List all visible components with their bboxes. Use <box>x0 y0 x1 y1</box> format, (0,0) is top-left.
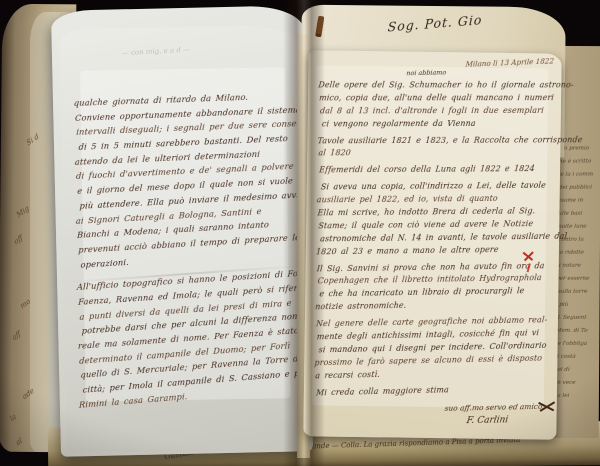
interlinear-insertion: noi abbiamo <box>406 68 446 77</box>
manuscript-line: dei pubblici <box>557 184 600 198</box>
left-page: — con mig. e a d — qualche giornata di r… <box>59 25 311 453</box>
manuscript-line: per esserne <box>555 276 600 289</box>
manuscript-line: l'esame in <box>554 197 600 210</box>
manuscript-line: de la i comm <box>556 171 600 185</box>
manuscript-line: in vece <box>555 380 600 393</box>
date-line: Milano li 13 Aprile 1822 <box>465 56 554 68</box>
manuscript-line: che è scritto <box>555 158 600 172</box>
manuscript-line: sulle basi <box>555 210 600 223</box>
manuscript-line: il o ridotte <box>553 250 600 263</box>
right-page-text-block: Delle opere del Sig. Schumacher io ho il… <box>314 80 554 404</box>
manuscript-line: a lei <box>556 393 600 406</box>
manuscript-line: mico, copia due, all'una delle quali man… <box>319 93 555 106</box>
manuscript-line: Delle opere del Sig. Schumacher io ho il… <box>318 80 555 93</box>
manuscript-line: 1820 al 23 e mano a mano le altre opere <box>315 244 552 260</box>
manuscript-line: Mem. di To <box>555 328 600 341</box>
manuscript-line: sulla torre <box>557 289 600 302</box>
valediction: suo aff.mo servo ed amico <box>445 402 544 413</box>
right-page: Milano li 13 Aprile 1822 noi abbiamo Del… <box>303 50 561 439</box>
manuscript-line: sol dì <box>554 367 600 380</box>
bleed-through-text: — con mig. e a d — <box>122 46 191 58</box>
manuscript-photo: Si d Mig off mo aff ade la al de lai dal… <box>0 0 600 466</box>
manuscript-line: di costà <box>552 354 600 367</box>
manuscript-line: di notare <box>554 263 600 276</box>
manuscript-line: e l'obbliga <box>556 341 600 354</box>
manuscript-line: N. Seguent <box>554 315 600 328</box>
manuscript-line: Effemeridi del corso della Luna agli 182… <box>319 164 554 178</box>
red-ink-mark <box>522 251 536 273</box>
signature: F. Carlini <box>466 415 509 426</box>
left-page-text-block: qualche giornata di ritardo da Milano.Co… <box>74 94 305 414</box>
manuscript-line: dal 8 al 13 incl. d'altronde i fogli in … <box>320 106 555 119</box>
manuscript-line: al 1820 <box>318 148 554 162</box>
manuscript-line: notizie astronomiche. <box>315 299 552 316</box>
archival-inscription: Sog. Pot. Gio <box>387 12 483 34</box>
right-underlying-lines: a un premioche è scrittode la i commdei … <box>553 146 600 406</box>
manuscript-line: il più <box>553 302 600 315</box>
manuscript-line: Mi creda colla maggiore stima <box>316 383 551 401</box>
manuscript-line: ci vengono regolarmente da Vienna <box>321 118 555 132</box>
